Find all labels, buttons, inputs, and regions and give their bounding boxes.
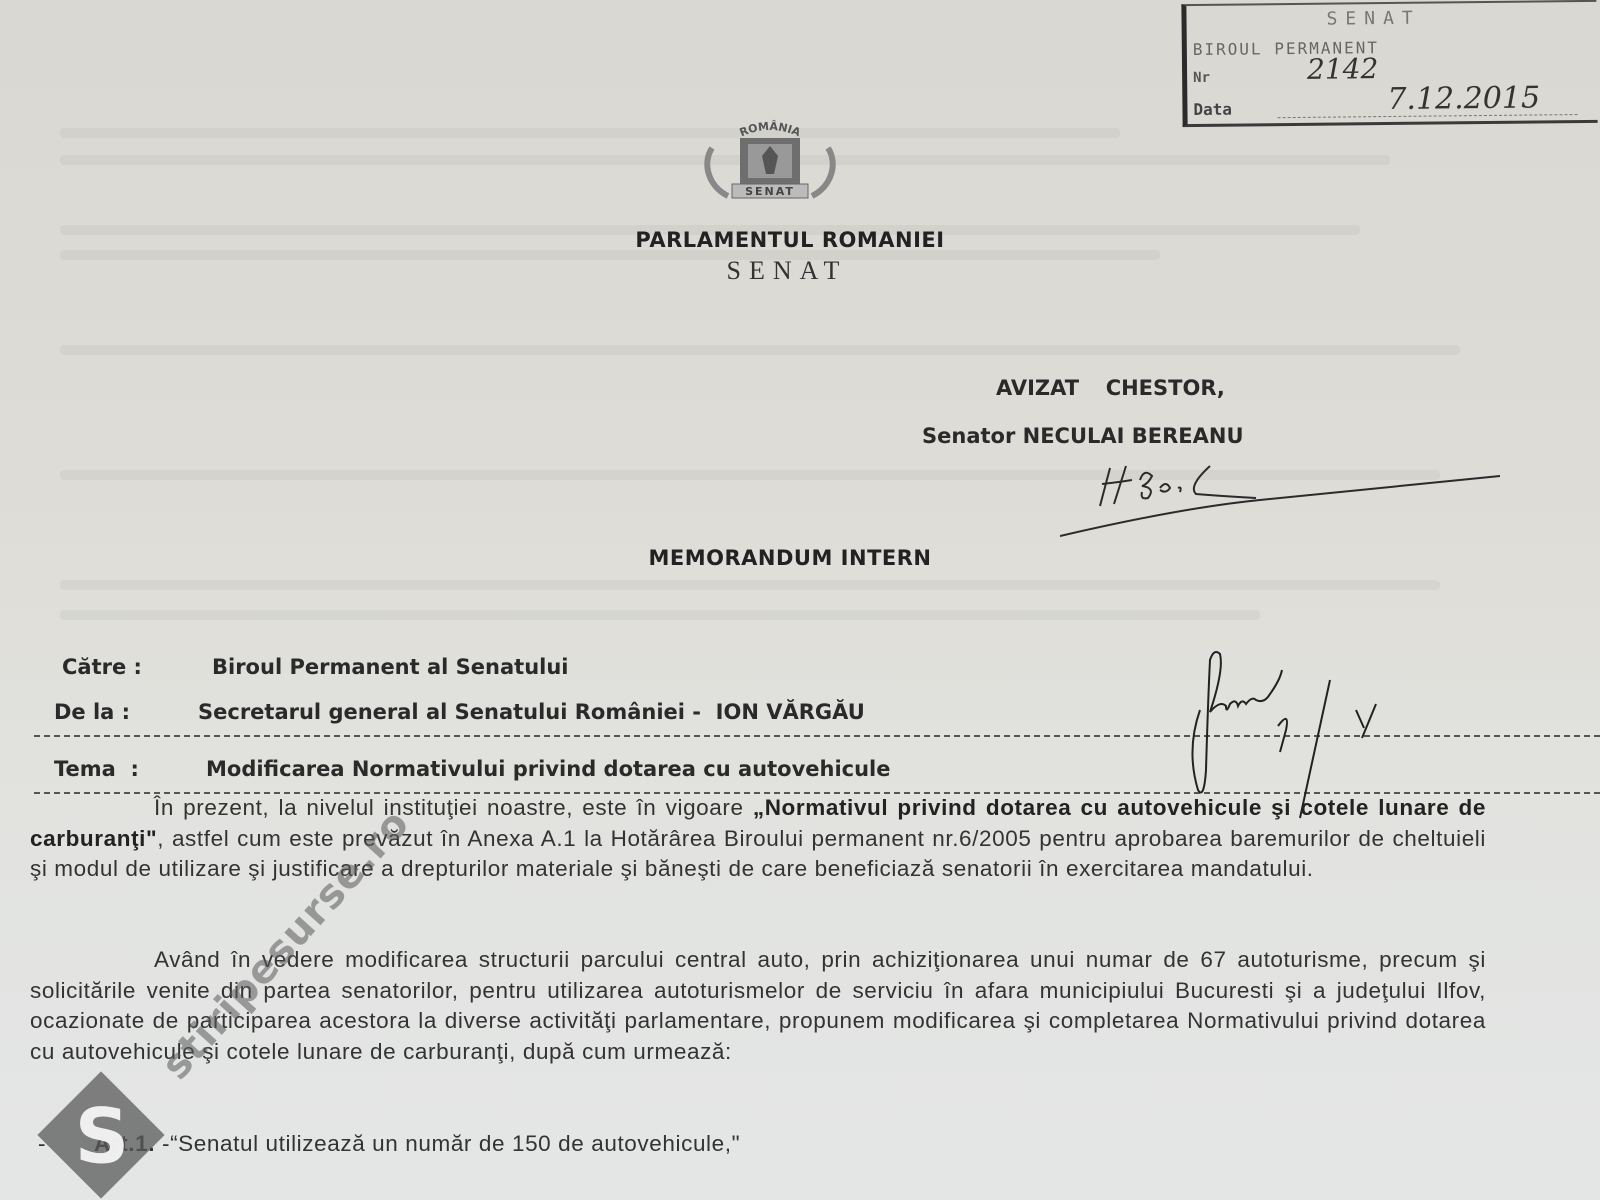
bleed-through: [60, 128, 1120, 138]
institution-name: PARLAMENTUL ROMANIEI: [635, 228, 944, 252]
document-type-label: MEMORANDUM INTERN: [649, 546, 932, 570]
to-field: Către :Biroul Permanent al Senatului: [62, 655, 569, 679]
list-bullet: -: [38, 1131, 94, 1157]
paragraph-1-text-end: , astfel cum este prevăzut în Anexa A.1 …: [30, 826, 1486, 882]
from-field: De la :Secretarul general al Senatului R…: [54, 700, 865, 724]
signature-icon: [1060, 458, 1540, 548]
paragraph-2-text: Având în vedere modificarea structurii p…: [30, 947, 1486, 1064]
approval-signatory: Senator NECULAI BEREANU: [922, 424, 1244, 448]
stamp-registration-number: 2142: [1307, 52, 1379, 86]
paragraph-1-text: În prezent, la nivelul instituţiei noast…: [154, 795, 753, 820]
bleed-through: [60, 345, 1460, 355]
article-text: -“Senatul utilizează un număr de 150 de …: [155, 1131, 740, 1156]
senate-emblem-icon: ROMÂNIA SENAT: [690, 108, 850, 208]
svg-text:SENAT: SENAT: [745, 185, 795, 198]
subject-label: Tema :: [54, 757, 206, 781]
registration-stamp: SENAT BIROUL PERMANENT Nr 2142 Data 7.12…: [1181, 0, 1597, 127]
stamp-nr-label: Nr: [1193, 70, 1210, 86]
article-1: -Art.1. -“Senatul utilizează un număr de…: [38, 1131, 740, 1157]
from-value: Secretarul general al Senatului României…: [198, 700, 865, 724]
chamber-name: SENAT: [727, 256, 848, 286]
stamp-title: SENAT: [1326, 8, 1420, 30]
subject-value: Modificarea Normativului privind dotarea…: [206, 757, 891, 781]
subject-field: Tema :Modificarea Normativului privind d…: [54, 757, 891, 781]
paragraph-1: În prezent, la nivelul instituţiei noast…: [30, 793, 1486, 885]
bleed-through: [60, 610, 1260, 620]
from-label: De la :: [54, 700, 198, 724]
institution-heading: PARLAMENTUL ROMANIEI: [0, 228, 1600, 252]
bleed-through: [60, 580, 1440, 590]
chamber-heading: SENAT: [0, 256, 1600, 286]
stamp-date-label: Data: [1193, 100, 1232, 119]
svg-text:ROMÂNIA: ROMÂNIA: [738, 120, 803, 140]
approval-label: AVIZAT CHESTOR,: [996, 376, 1225, 400]
stamp-underline: [1278, 114, 1578, 118]
stamp-date: 7.12.2015: [1387, 80, 1540, 117]
paragraph-2: Având în vedere modificarea structurii p…: [30, 945, 1486, 1067]
to-label: Către :: [62, 655, 212, 679]
article-label: Art.1.: [94, 1131, 155, 1156]
document-type: MEMORANDUM INTERN: [0, 546, 1600, 570]
to-value: Biroul Permanent al Senatului: [212, 655, 569, 679]
